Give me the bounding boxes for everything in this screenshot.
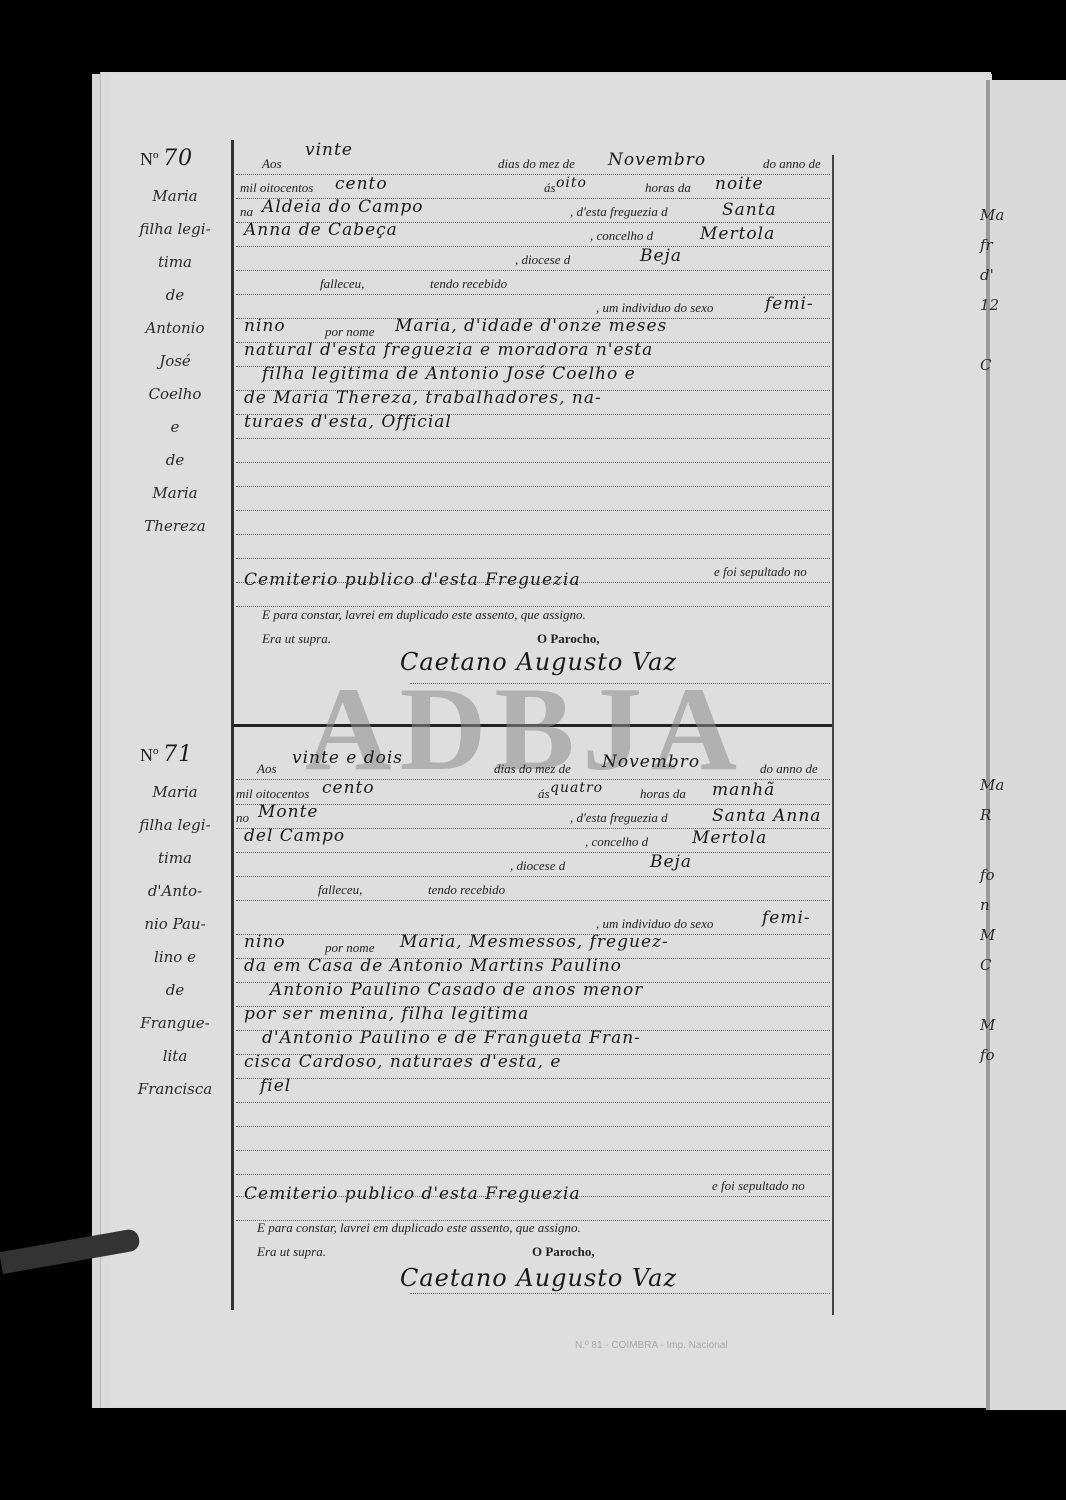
day-value: vinte — [305, 140, 353, 160]
form-line — [236, 1126, 830, 1151]
body-line: fiel — [260, 1076, 291, 1096]
body-line: nino — [244, 316, 286, 336]
label-no: no — [236, 810, 249, 826]
place-value: Aldeia do Campo — [262, 197, 424, 217]
parish-value: Santa — [722, 200, 777, 220]
entry-number: Nº 70 — [140, 146, 193, 171]
place-value-2: Anna de Cabeça — [244, 220, 398, 240]
sex-value: femi- — [762, 908, 811, 928]
label-falleceu: falleceu, — [320, 276, 364, 292]
diocese-value: Beja — [650, 852, 692, 872]
place-value-2: del Campo — [244, 826, 345, 846]
label-sexo: , um individuo do sexo — [596, 916, 713, 932]
label-aos: Aos — [257, 761, 277, 777]
form-line — [236, 462, 830, 487]
body-line: natural d'esta freguezia e moradora n'es… — [244, 340, 653, 360]
form-line — [236, 534, 830, 559]
period-value: noite — [715, 174, 764, 194]
month-value: Novembro — [602, 752, 700, 772]
label-mil: mil oitocentos — [236, 786, 309, 802]
label-sepultado: e foi sepultado no — [714, 564, 807, 580]
body-line: por ser menina, filha legitima — [244, 1004, 529, 1024]
form-line — [236, 1078, 830, 1103]
label-horas: horas da — [645, 180, 691, 196]
closing-statement: E para constar, lavrei em duplicado este… — [257, 1220, 581, 1236]
signature-line — [410, 683, 830, 684]
parocho-label: O Parocho, — [532, 1244, 595, 1260]
body-line: nino — [244, 932, 286, 952]
label-as: ás — [538, 786, 550, 802]
body-line: cisca Cardoso, naturaes d'esta, e — [244, 1052, 561, 1072]
signature-line — [410, 1293, 830, 1294]
year-value: cento — [335, 174, 388, 194]
label-horas: horas da — [640, 786, 686, 802]
place-value: Monte — [258, 802, 318, 822]
label-concelho: , concelho d — [590, 228, 653, 244]
year-value: cento — [322, 778, 375, 798]
era-ut-supra: Era ut supra. — [262, 631, 331, 647]
diocese-value: Beja — [640, 246, 682, 266]
burial-value: Cemiterio publico d'esta Freguezia — [244, 1184, 581, 1204]
label-year: do anno de — [760, 761, 818, 777]
label-diocese: , diocese d — [515, 252, 570, 268]
parish-value: Santa Anna — [712, 806, 821, 826]
sex-value: femi- — [765, 294, 814, 314]
label-year: do anno de — [763, 156, 821, 172]
closing-statement: E para constar, lavrei em duplicado este… — [262, 607, 586, 623]
day-value: vinte e dois — [292, 748, 403, 768]
label-freguezia: , d'esta freguezia d — [570, 204, 668, 220]
period-value: manhã — [712, 780, 775, 800]
facing-page-margin-fragment: Ma R fo n M C M fo — [980, 770, 1060, 1070]
hour-value: quatro — [550, 780, 603, 796]
label-month: dias do mez de — [498, 156, 575, 172]
label-freguezia: , d'esta freguezia d — [570, 810, 668, 826]
label-mil: mil oitocentos — [240, 180, 313, 196]
entry-number: Nº 71 — [140, 742, 193, 767]
signature: Caetano Augusto Vaz — [400, 648, 677, 676]
label-aos: Aos — [262, 156, 282, 172]
margin-note: Maria filha legi- tima de Antonio José C… — [120, 180, 230, 543]
facing-page: Ma fr d' 12 C Ma R fo n M C M fo — [986, 80, 1066, 1410]
label-na: na — [240, 204, 253, 220]
form-line — [236, 438, 830, 463]
label-month: dias do mez de — [494, 761, 571, 777]
form-line — [236, 510, 830, 535]
label-sexo: , um individuo do sexo — [596, 300, 713, 316]
label-diocese: , diocese d — [510, 858, 565, 874]
form-line — [236, 486, 830, 511]
body-line: Antonio Paulino Casado de anos menor — [270, 980, 643, 1000]
facing-page-margin-fragment: Ma fr d' 12 C — [980, 200, 1060, 380]
signature: Caetano Augusto Vaz — [400, 1264, 677, 1292]
body-line: turaes d'esta, Official — [244, 412, 452, 432]
margin-note: Maria filha legi- tima d'Anto- nio Pau- … — [120, 776, 230, 1106]
printer-imprint: N.º 81 - COIMBRA - Imp. Nacional — [575, 1340, 728, 1351]
label-recebido: tendo recebido — [430, 276, 507, 292]
label-as: ás — [544, 180, 556, 196]
municipality-value: Mertola — [700, 224, 775, 244]
body-line: Maria, Mesmessos, freguez- — [400, 932, 669, 952]
label-nome: por nome — [325, 324, 374, 340]
era-ut-supra: Era ut supra. — [257, 1244, 326, 1260]
month-value: Novembro — [608, 150, 706, 170]
body-line: de Maria Thereza, trabalhadores, na- — [244, 388, 602, 408]
label-concelho: , concelho d — [585, 834, 648, 850]
label-nome: por nome — [325, 940, 374, 956]
municipality-value: Mertola — [692, 828, 767, 848]
form-line — [236, 1102, 830, 1127]
body-line: da em Casa de Antonio Martins Paulino — [244, 956, 622, 976]
body-line: Maria, d'idade d'onze meses — [395, 316, 667, 336]
body-line: d'Antonio Paulino e de Frangueta Fran- — [262, 1028, 641, 1048]
label-sepultado: e foi sepultado no — [712, 1178, 805, 1194]
form-frame-right — [832, 155, 834, 1315]
label-recebido: tendo recebido — [428, 882, 505, 898]
burial-value: Cemiterio publico d'esta Freguezia — [244, 570, 581, 590]
parocho-label: O Parocho, — [537, 631, 600, 647]
label-falleceu: falleceu, — [318, 882, 362, 898]
hour-value: oito — [556, 175, 587, 191]
body-line: filha legitima de Antonio José Coelho e — [262, 364, 636, 384]
